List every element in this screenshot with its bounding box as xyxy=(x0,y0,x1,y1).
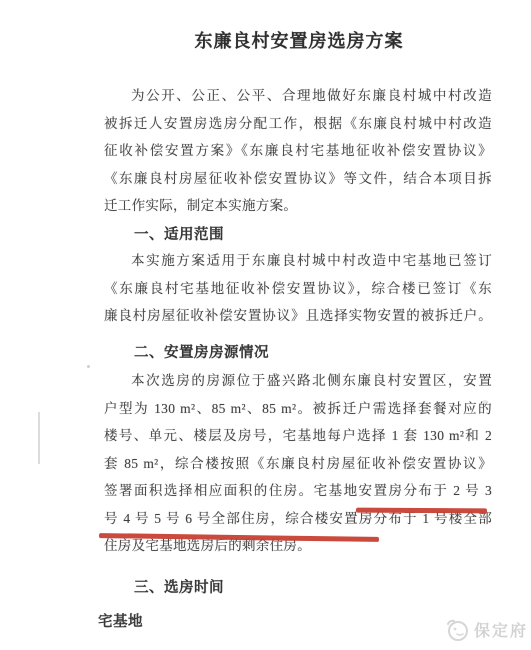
watermark-logo-icon xyxy=(444,616,470,642)
red-marker-underline-1 xyxy=(356,508,487,513)
watermark-text: 保定府 xyxy=(474,618,528,641)
section2-line: 本次选房的房源位于盛兴路北侧东廉良村安置区，安置 xyxy=(104,367,492,395)
page-title: 东廉良村安置房选房方案 xyxy=(104,27,494,53)
scan-artifact-dot xyxy=(483,400,487,404)
scanned-document-page: 东廉良村安置房选房方案 为公开、公正、公平、合理地做好东廉良村城中村改造 被拆迁… xyxy=(0,0,531,650)
section1-heading: 一、适用范围 xyxy=(104,225,522,245)
section2-line: 套 85 m²，综合楼按照《东廉良村房屋征收补偿安置协议》 xyxy=(104,450,492,478)
intro-line: 为公开、公正、公平、合理地做好东廉良村城中村改造 xyxy=(104,82,492,110)
intro-line: 《东廉良村房屋征收补偿安置协议》等文件，结合本项目拆 xyxy=(104,165,492,193)
scan-artifact-dot xyxy=(87,365,90,368)
intro-paragraph: 为公开、公正、公平、合理地做好东廉良村城中村改造 被拆迁人安置房选房分配工作，根… xyxy=(104,82,492,220)
footer-label-zhaijidi: 宅基地 xyxy=(98,610,143,631)
section2-line: 签署面积选择相应面积的住房。宅基地安置房分布于 2 号 3 xyxy=(104,477,492,505)
section1-line: 廉良村房屋征收补偿安置协议》且选择实物安置的被拆迁户。 xyxy=(104,302,492,330)
section2-line: 户型为 130 m²、85 m²、85 m²。被拆迁户需选择套餐对应的 xyxy=(104,395,492,423)
section1-paragraph: 本实施方案适用于东廉良村城中村改造中宅基地已签订 《东廉良村宅基地征收补偿安置协… xyxy=(104,247,492,330)
section2-line: 楼号、单元、楼层及房号，宅基地每户选择 1 套 130 m²和 2 xyxy=(104,422,492,450)
watermark: 保定府 xyxy=(444,616,528,642)
section1-line: 本实施方案适用于东廉良村城中村改造中宅基地已签订 xyxy=(104,247,492,275)
intro-line: 迁工作实际，制定本实施方案。 xyxy=(104,192,492,220)
section1-line: 《东廉良村宅基地征收补偿安置协议》，综合楼已签订《东 xyxy=(104,275,492,303)
section2-paragraph: 本次选房的房源位于盛兴路北侧东廉良村安置区，安置 户型为 130 m²、85 m… xyxy=(104,367,492,560)
intro-line: 征收补偿安置方案》《东廉良村宅基地征收补偿安置协议》 xyxy=(104,137,492,165)
intro-line: 被拆迁人安置房选房分配工作，根据《东廉良村城中村改造 xyxy=(104,110,492,138)
section2-heading: 二、安置房房源情况 xyxy=(104,343,522,363)
scan-artifact-line xyxy=(38,412,40,464)
section3-heading: 三、选房时间 xyxy=(104,578,522,598)
